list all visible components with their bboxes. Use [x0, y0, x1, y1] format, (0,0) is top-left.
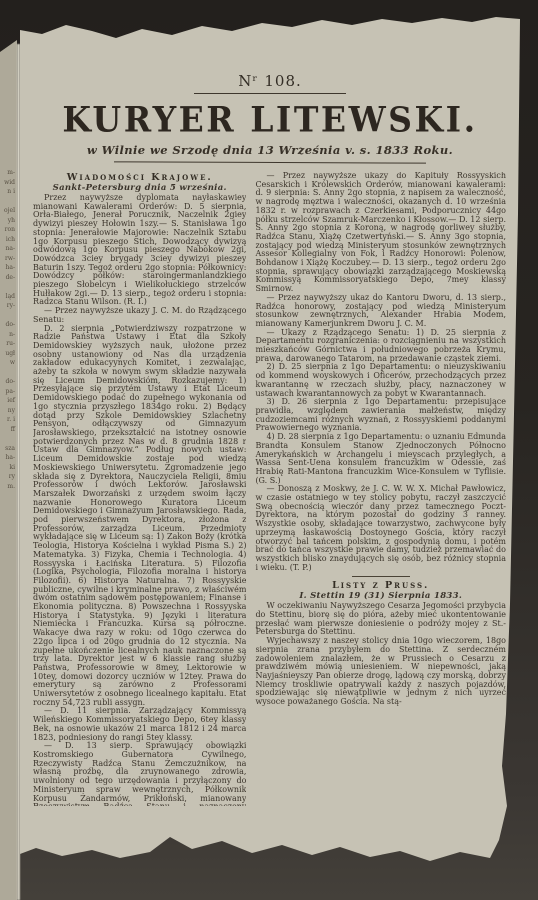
masthead-title: KURYER LITEWSKI. [20, 99, 520, 140]
adjacent-page-edge: m- wid n i ojel yh ron ich na- rw- ha- d… [0, 0, 17, 900]
issue-underline [194, 93, 346, 94]
article-paragraph: — Przez naywyższy ukaz do Kantoru Dworu,… [255, 294, 506, 329]
newspaper-page: Nʳ 108. KURYER LITEWSKI. w Wilnie we Srz… [20, 14, 520, 884]
article-paragraph: — Przez naywyższe ukazy J. C. M. do Rząd… [33, 307, 246, 324]
article-paragraph: 2) D. 25 sierpnia z 1go Departamentu: o … [255, 363, 506, 398]
page-edge-highlight [17, 44, 20, 900]
section-heading-letters: Listy z Pruss. [255, 580, 506, 591]
article-paragraph: 3) D. 26 sierpnia z 1go Departamentu: pr… [255, 398, 506, 433]
article-paragraph: D. 2 sierpnia „Potwierdziwszy rozpatrzon… [33, 325, 246, 708]
article-paragraph: Wyjechawszy z naszey stolicy dnia 10go w… [255, 637, 506, 707]
article-paragraph: 4) D. 28 sierpnia z 1go Departamentu: o … [255, 433, 506, 485]
section-separator-rule [352, 576, 410, 577]
article-paragraph: Przez naywyższe dyplomata nayłaskawiey m… [33, 194, 246, 307]
article-paragraph: W oczekiwaniu Naywyższego Cesarza Jegomo… [255, 602, 506, 637]
right-column: — Przez naywyższe ukazy do Kapituły Ross… [255, 172, 506, 806]
masthead-dateline: w Wilnie we Srzodę dnia 13 Września v. s… [20, 143, 520, 157]
left-column-dateline: Sankt-Petersburg dnia 5 września. [33, 183, 246, 193]
letter-dateline: I. Stettin 19 (31) Sierpnia 1833. [255, 591, 506, 601]
article-paragraph: — D. 13 sierp. Sprawujący obowiązki Kost… [33, 742, 246, 806]
article-paragraph: — D. 11 sierpnia. Zarządzający Kommissyą… [33, 707, 246, 742]
article-paragraph: — Ukazy z Rządzącego Senatu: 1) D. 25 si… [255, 329, 506, 364]
left-column: Wiadomości Krajowe. Sankt-Petersburg dni… [33, 172, 246, 806]
section-heading-domestic-news: Wiadomości Krajowe. [33, 172, 246, 183]
adjacent-page-text-fragments: m- wid n i ojel yh ron ich na- rw- ha- d… [1, 168, 15, 491]
masthead: Nʳ 108. KURYER LITEWSKI. w Wilnie we Srz… [20, 14, 520, 163]
article-columns: Wiadomości Krajowe. Sankt-Petersburg dni… [20, 163, 520, 806]
issue-number: Nʳ 108. [20, 72, 520, 90]
article-paragraph: — Przez naywyższe ukazy do Kapituły Ross… [255, 172, 506, 294]
article-paragraph: — Donoszą z Moskwy, że J. C. W. W. X. Mi… [255, 485, 506, 572]
